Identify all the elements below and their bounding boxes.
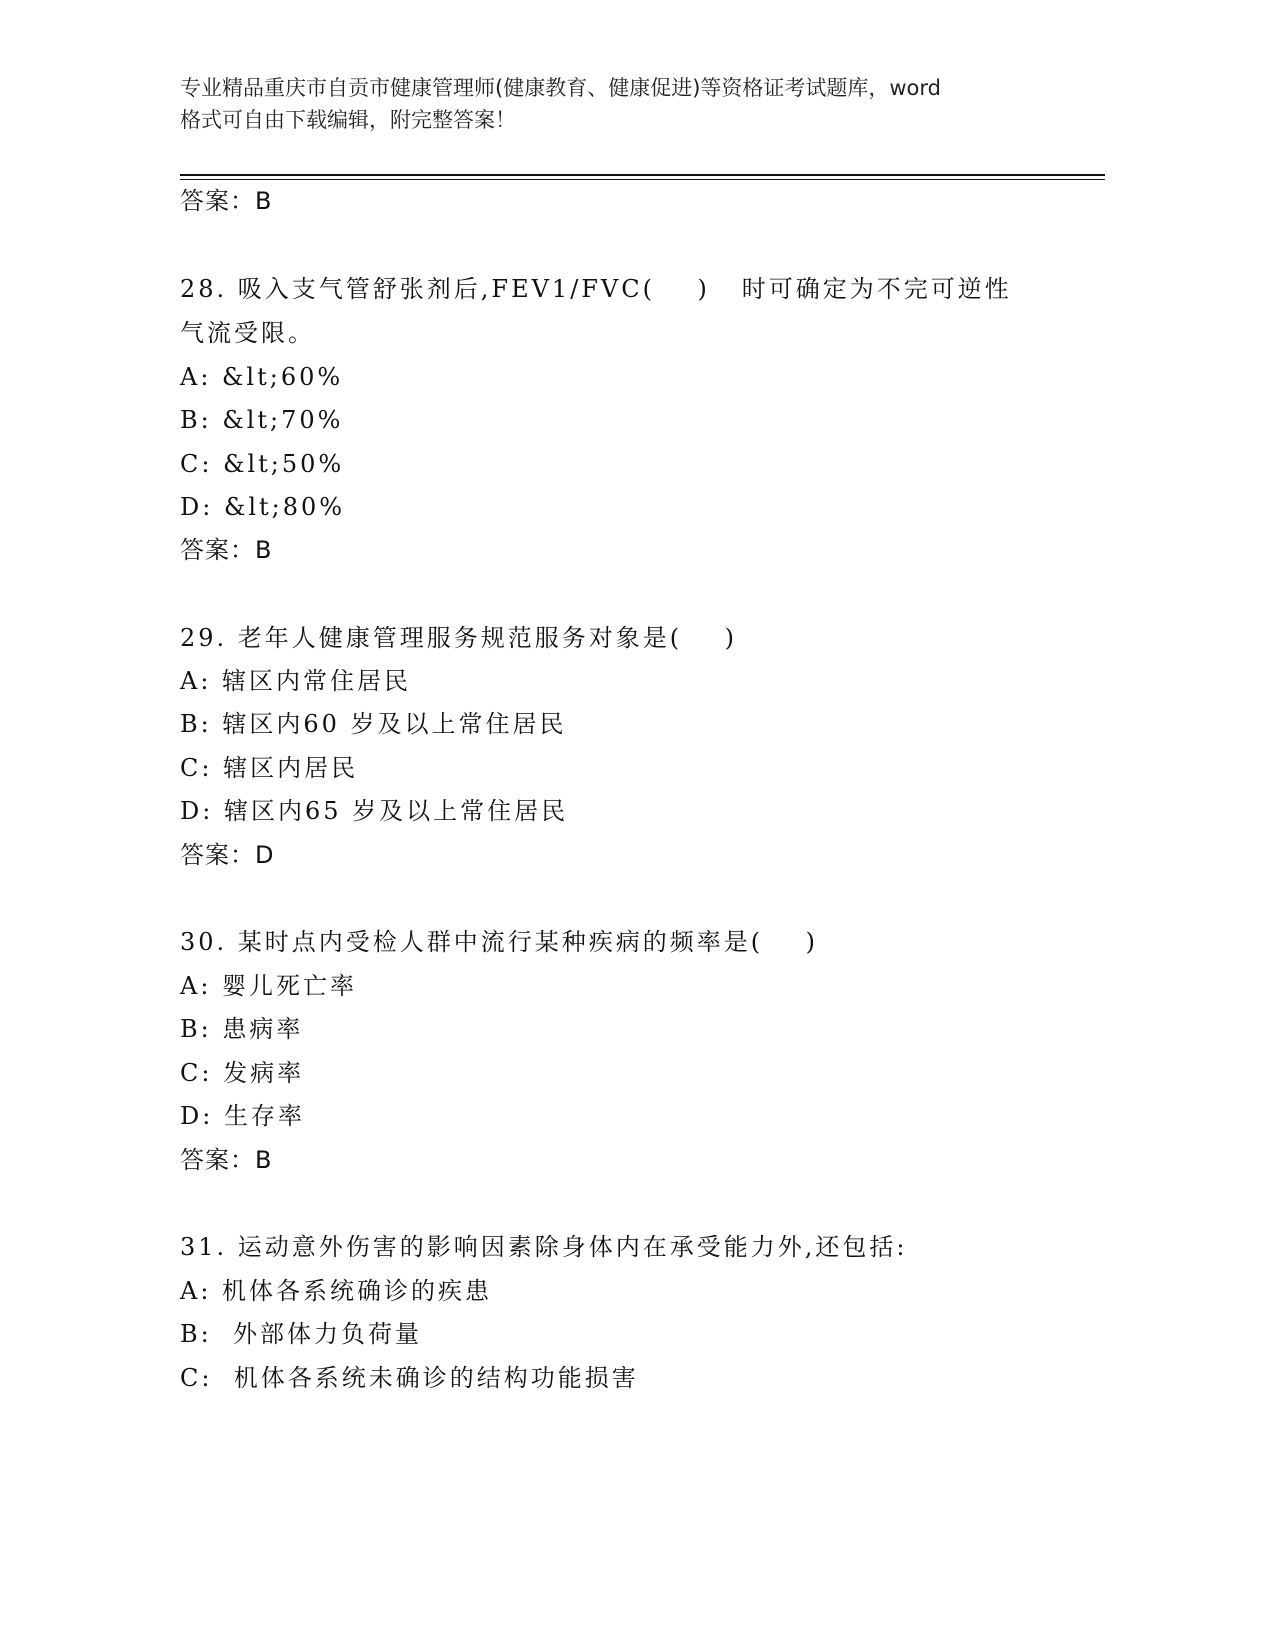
question-30-option-b: B: 患病率	[180, 1014, 303, 1044]
question-29-stem: 29. 老年人健康管理服务规范服务对象是( )	[180, 623, 737, 653]
question-30-option-c: C: 发病率	[180, 1058, 304, 1088]
question-30-answer: 答案：B	[180, 1145, 272, 1175]
header-divider	[180, 174, 1105, 176]
question-28-stem: 28. 吸入支气管舒张剂后,FEV1/FVC( ) 时可确定为不完可逆性	[180, 274, 1012, 304]
previous-answer: 答案：B	[180, 186, 272, 216]
question-28-option-c: C: &lt;50%	[180, 449, 344, 479]
question-30-option-d: D: 生存率	[180, 1101, 305, 1131]
question-30-stem: 30. 某时点内受检人群中流行某种疾病的频率是( )	[180, 927, 818, 957]
question-31-stem: 31. 运动意外伤害的影响因素除身体内在承受能力外,还包括:	[180, 1232, 908, 1262]
question-29-option-a: A: 辖区内常住居民	[180, 666, 411, 696]
question-28-stem-cont: 气流受限。	[180, 318, 315, 348]
header-line-1: 专业精品重庆市自贡市健康管理师(健康教育、健康促进)等资格证考试题库，word	[180, 72, 1060, 104]
question-30-option-a: A: 婴儿死亡率	[180, 971, 357, 1001]
question-31-option-a: A: 机体各系统确诊的疾患	[180, 1276, 492, 1306]
document-header: 专业精品重庆市自贡市健康管理师(健康教育、健康促进)等资格证考试题库，word …	[180, 72, 1060, 136]
question-29-option-d: D: 辖区内65 岁及以上常住居民	[180, 796, 568, 826]
question-31-option-b: B: 外部体力负荷量	[180, 1319, 422, 1349]
question-28-answer: 答案：B	[180, 535, 272, 565]
question-28-option-a: A: &lt;60%	[180, 362, 343, 392]
question-29-answer: 答案：D	[180, 840, 274, 870]
header-line-2: 格式可自由下载编辑，附完整答案！	[180, 104, 1060, 136]
question-31-option-c: C: 机体各系统未确诊的结构功能损害	[180, 1363, 639, 1393]
question-29-option-b: B: 辖区内60 岁及以上常住居民	[180, 709, 567, 739]
question-28-option-d: D: &lt;80%	[180, 492, 345, 522]
question-29-option-c: C: 辖区内居民	[180, 753, 358, 783]
header-divider-thin	[180, 179, 1105, 180]
question-28-option-b: B: &lt;70%	[180, 405, 343, 435]
